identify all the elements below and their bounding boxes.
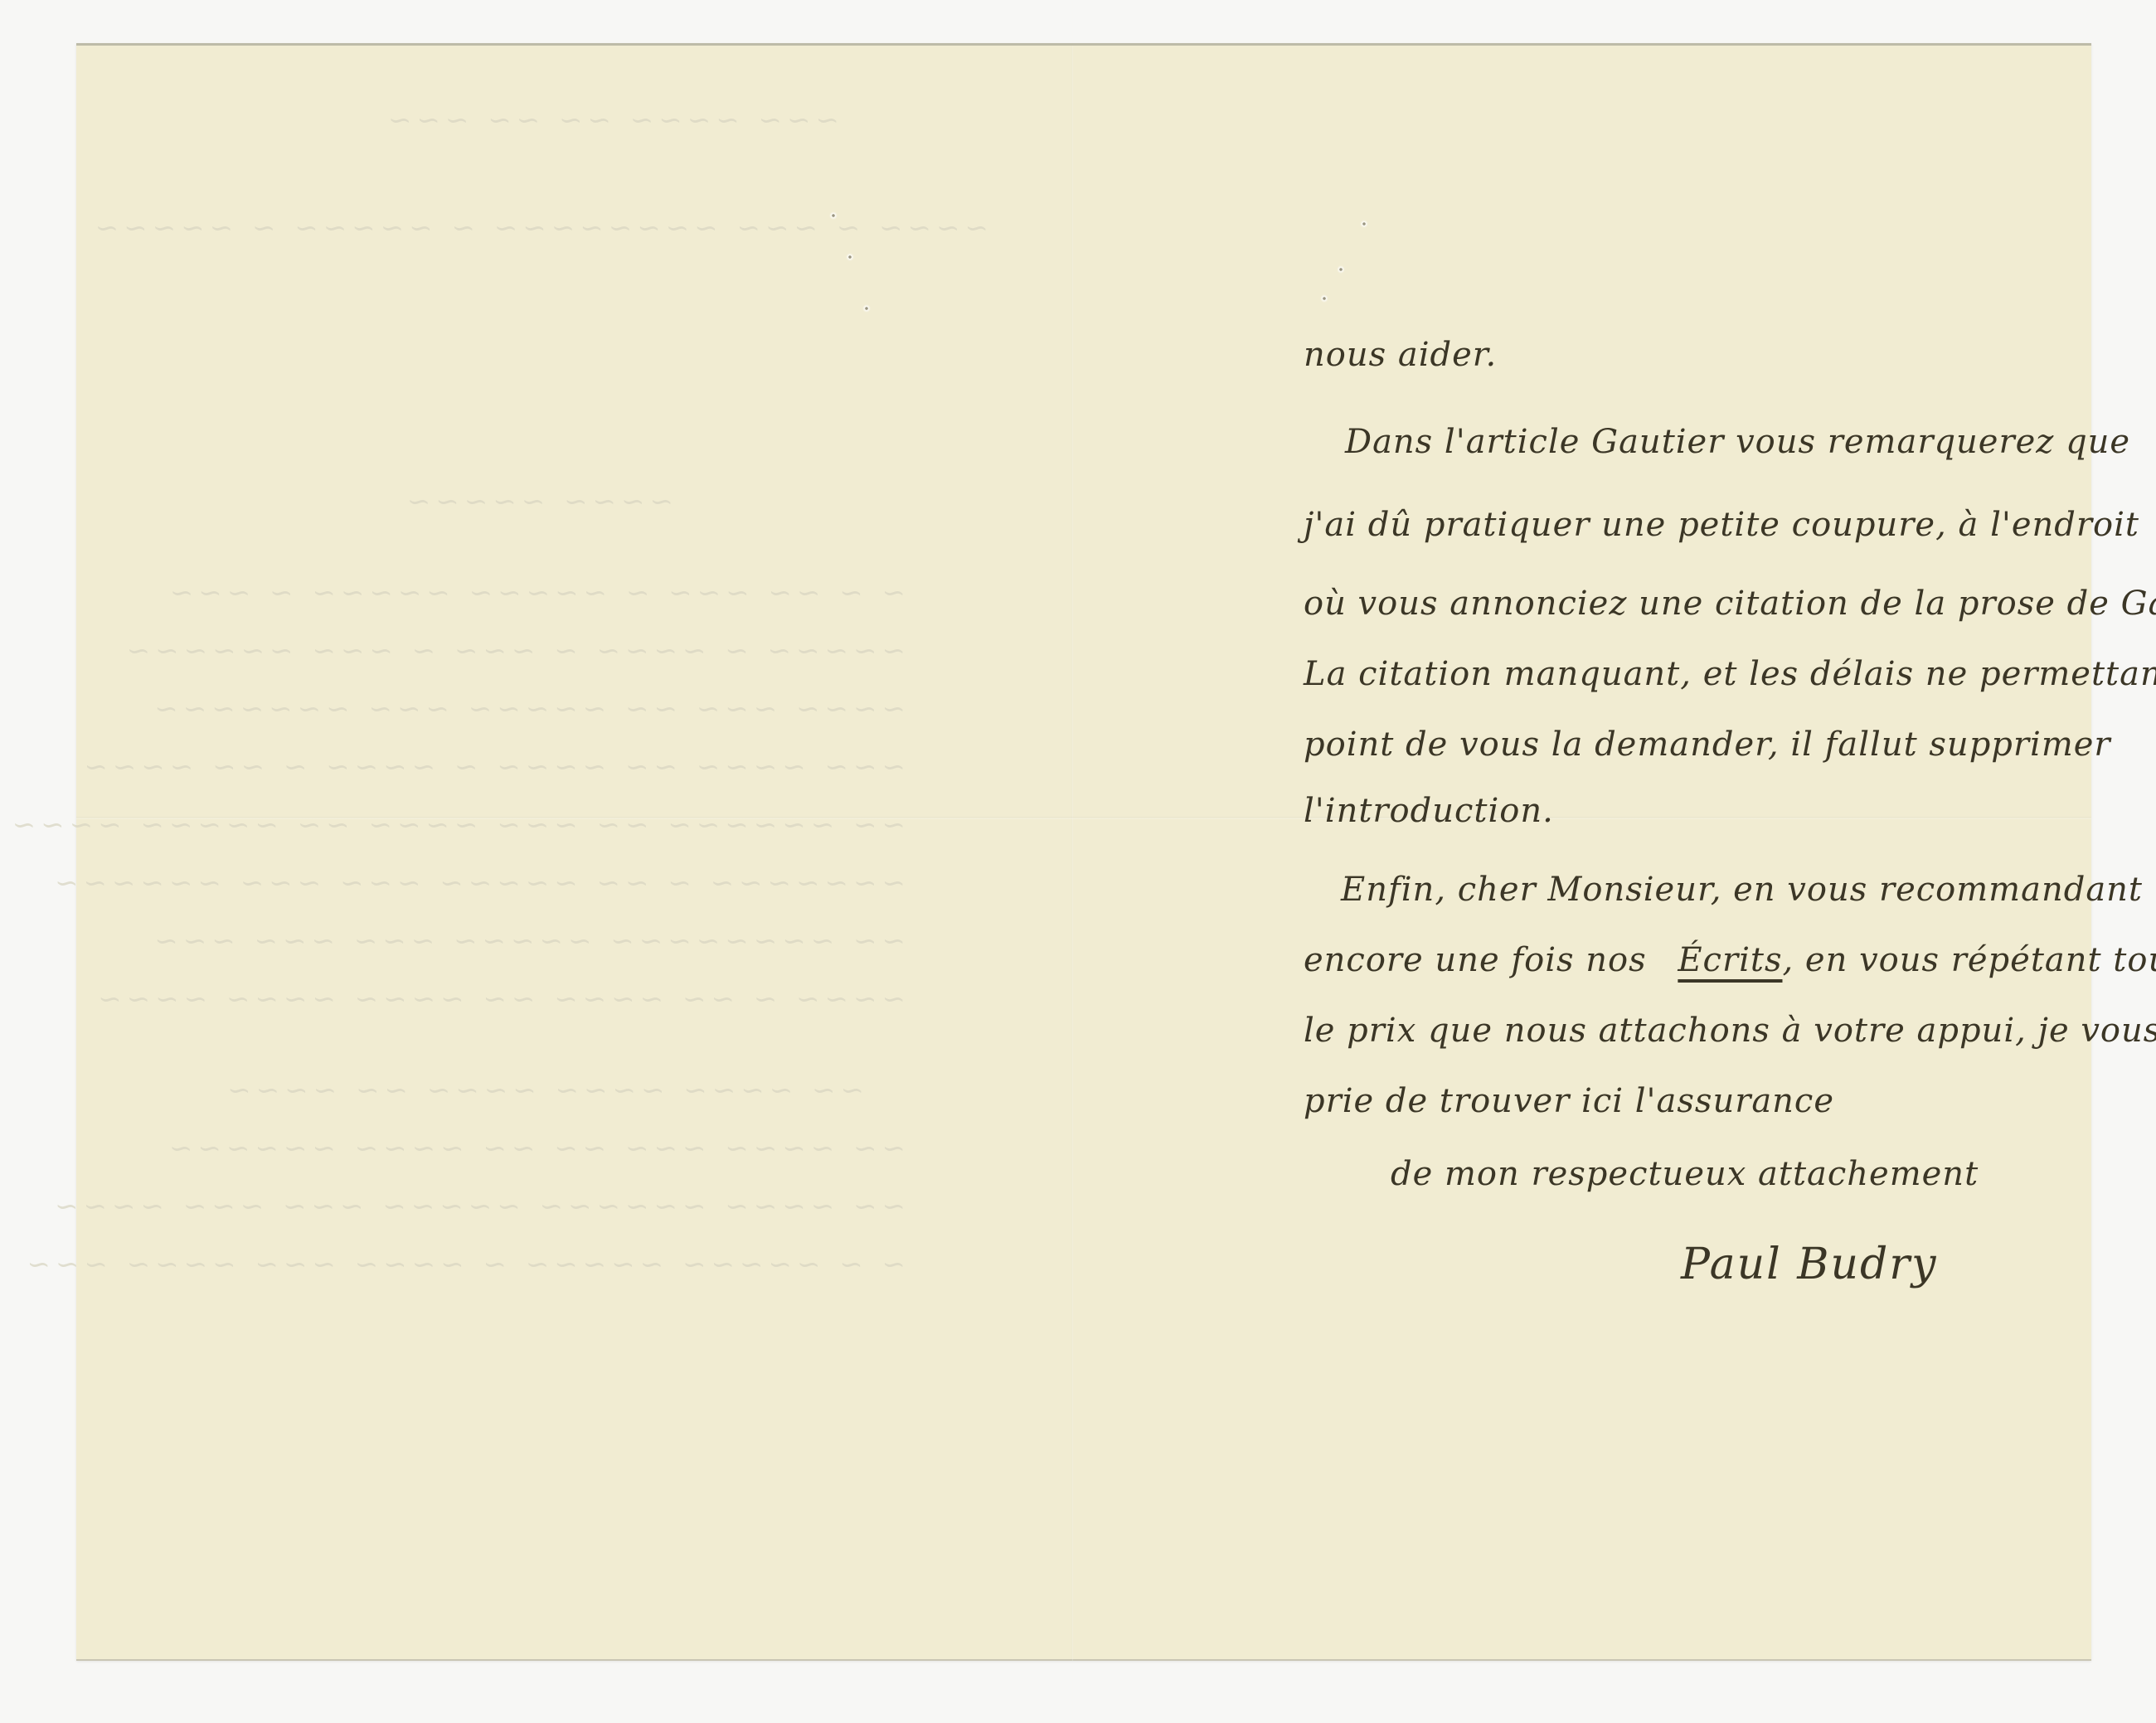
letter-line: l'introduction. bbox=[1304, 792, 1554, 830]
bleed-line: ~~ ~~~~ ~~~~ ~~~~ ~~ ~~~~ bbox=[222, 1074, 864, 1107]
letter-line: La citation manquant, et les délais ne p… bbox=[1304, 655, 2156, 693]
bleed-line: ~~~ ~~~~ ~~ ~~ ~~~ bbox=[383, 104, 839, 137]
letter-line: de mon respectueux attachement bbox=[1391, 1155, 1979, 1193]
underlined-title: Écrits bbox=[1678, 941, 1782, 979]
bleed-line: ~~~~ ~~~~~ bbox=[402, 485, 673, 518]
bleed-line: ~~~~ ~~~ ~~ ~~~~~ ~~~ ~~~~~~~ bbox=[149, 692, 906, 726]
letter-line: point de vous la demander, il fallut sup… bbox=[1304, 726, 2111, 764]
left-page-bleed-through: ~~~ ~~~~ ~~ ~~ ~~~ ~~~~ ~ ~~~ ~~~~~~~~ ~… bbox=[76, 46, 1071, 1661]
bleed-line: ~~~ ~~~~ ~~ ~~~~ ~ ~~~~ ~ ~~ ~~~~ bbox=[79, 750, 906, 784]
bleed-line: ~~ ~~~~~~~~ ~~~~~ ~~~ ~~~ ~~~ bbox=[149, 925, 906, 958]
bleed-line: ~~~~ ~ ~~~ ~~~~~~~~ ~ ~~~~~ ~ ~~~~~ bbox=[90, 211, 988, 245]
bleed-line: ~~ ~~~~ ~~~ ~~ ~~ ~~~~ ~~~~~~ bbox=[164, 1132, 906, 1165]
letter-line: nous aider. bbox=[1304, 336, 1497, 374]
bleed-line: ~~~~~ ~ ~~~~ ~ ~~~ ~ ~~~ ~~~~~~ bbox=[122, 634, 906, 667]
letter-line: le prix que nous attachons à votre appui… bbox=[1304, 1012, 2156, 1050]
letter-text: , en vous répétant tout bbox=[1782, 941, 2156, 979]
signature: Paul Budry bbox=[1681, 1240, 1938, 1289]
bleed-line: ~~ ~~~~ ~~~~~~ ~~~~~ ~~~ ~~~ ~~~~ bbox=[50, 1190, 906, 1223]
letter-line: où vous annonciez une citation de la pro… bbox=[1304, 585, 2156, 623]
letter-line: Dans l'article Gautier vous remarquerez … bbox=[1345, 423, 2130, 461]
bleed-line: ~~ ~~~~~~ ~~ ~~~ ~~~~ ~~ ~~~~~ ~~~~ bbox=[7, 808, 906, 842]
bleed-line: ~ ~ ~~~~~ ~~~~~ ~ ~~~~ ~~~ ~~~~ ~~~ bbox=[22, 1248, 906, 1281]
letter-sheet: ~~~ ~~~~ ~~ ~~ ~~~ ~~~~ ~ ~~~ ~~~~~~~~ ~… bbox=[76, 43, 2091, 1661]
letter-line: Enfin, cher Monsieur, en vous recommanda… bbox=[1341, 871, 2143, 909]
bleed-line: ~~~~~~~ ~ ~~ ~~~~~ ~~~ ~~~ ~~~~~~ bbox=[50, 866, 906, 900]
letter-line: prie de trouver ici l'assurance bbox=[1304, 1082, 1834, 1120]
vertical-fold bbox=[1071, 46, 1073, 1661]
letter-line: j'ai dû pratiquer une petite coupure, à … bbox=[1304, 506, 2139, 544]
bleed-line: ~ ~ ~~ ~~~ ~ ~~~~~ ~~~~~ ~ ~~~ bbox=[165, 576, 906, 609]
bleed-line: ~~~~ ~ ~~ ~~~~ ~~ ~~~~ ~~~~ ~~~~ bbox=[93, 983, 906, 1016]
right-page: nous aider. Dans l'article Gautier vous … bbox=[1221, 46, 2050, 1661]
letter-text: encore une fois nos bbox=[1304, 941, 1647, 979]
letter-line: encore une fois nos Écrits, en vous répé… bbox=[1304, 941, 2156, 979]
